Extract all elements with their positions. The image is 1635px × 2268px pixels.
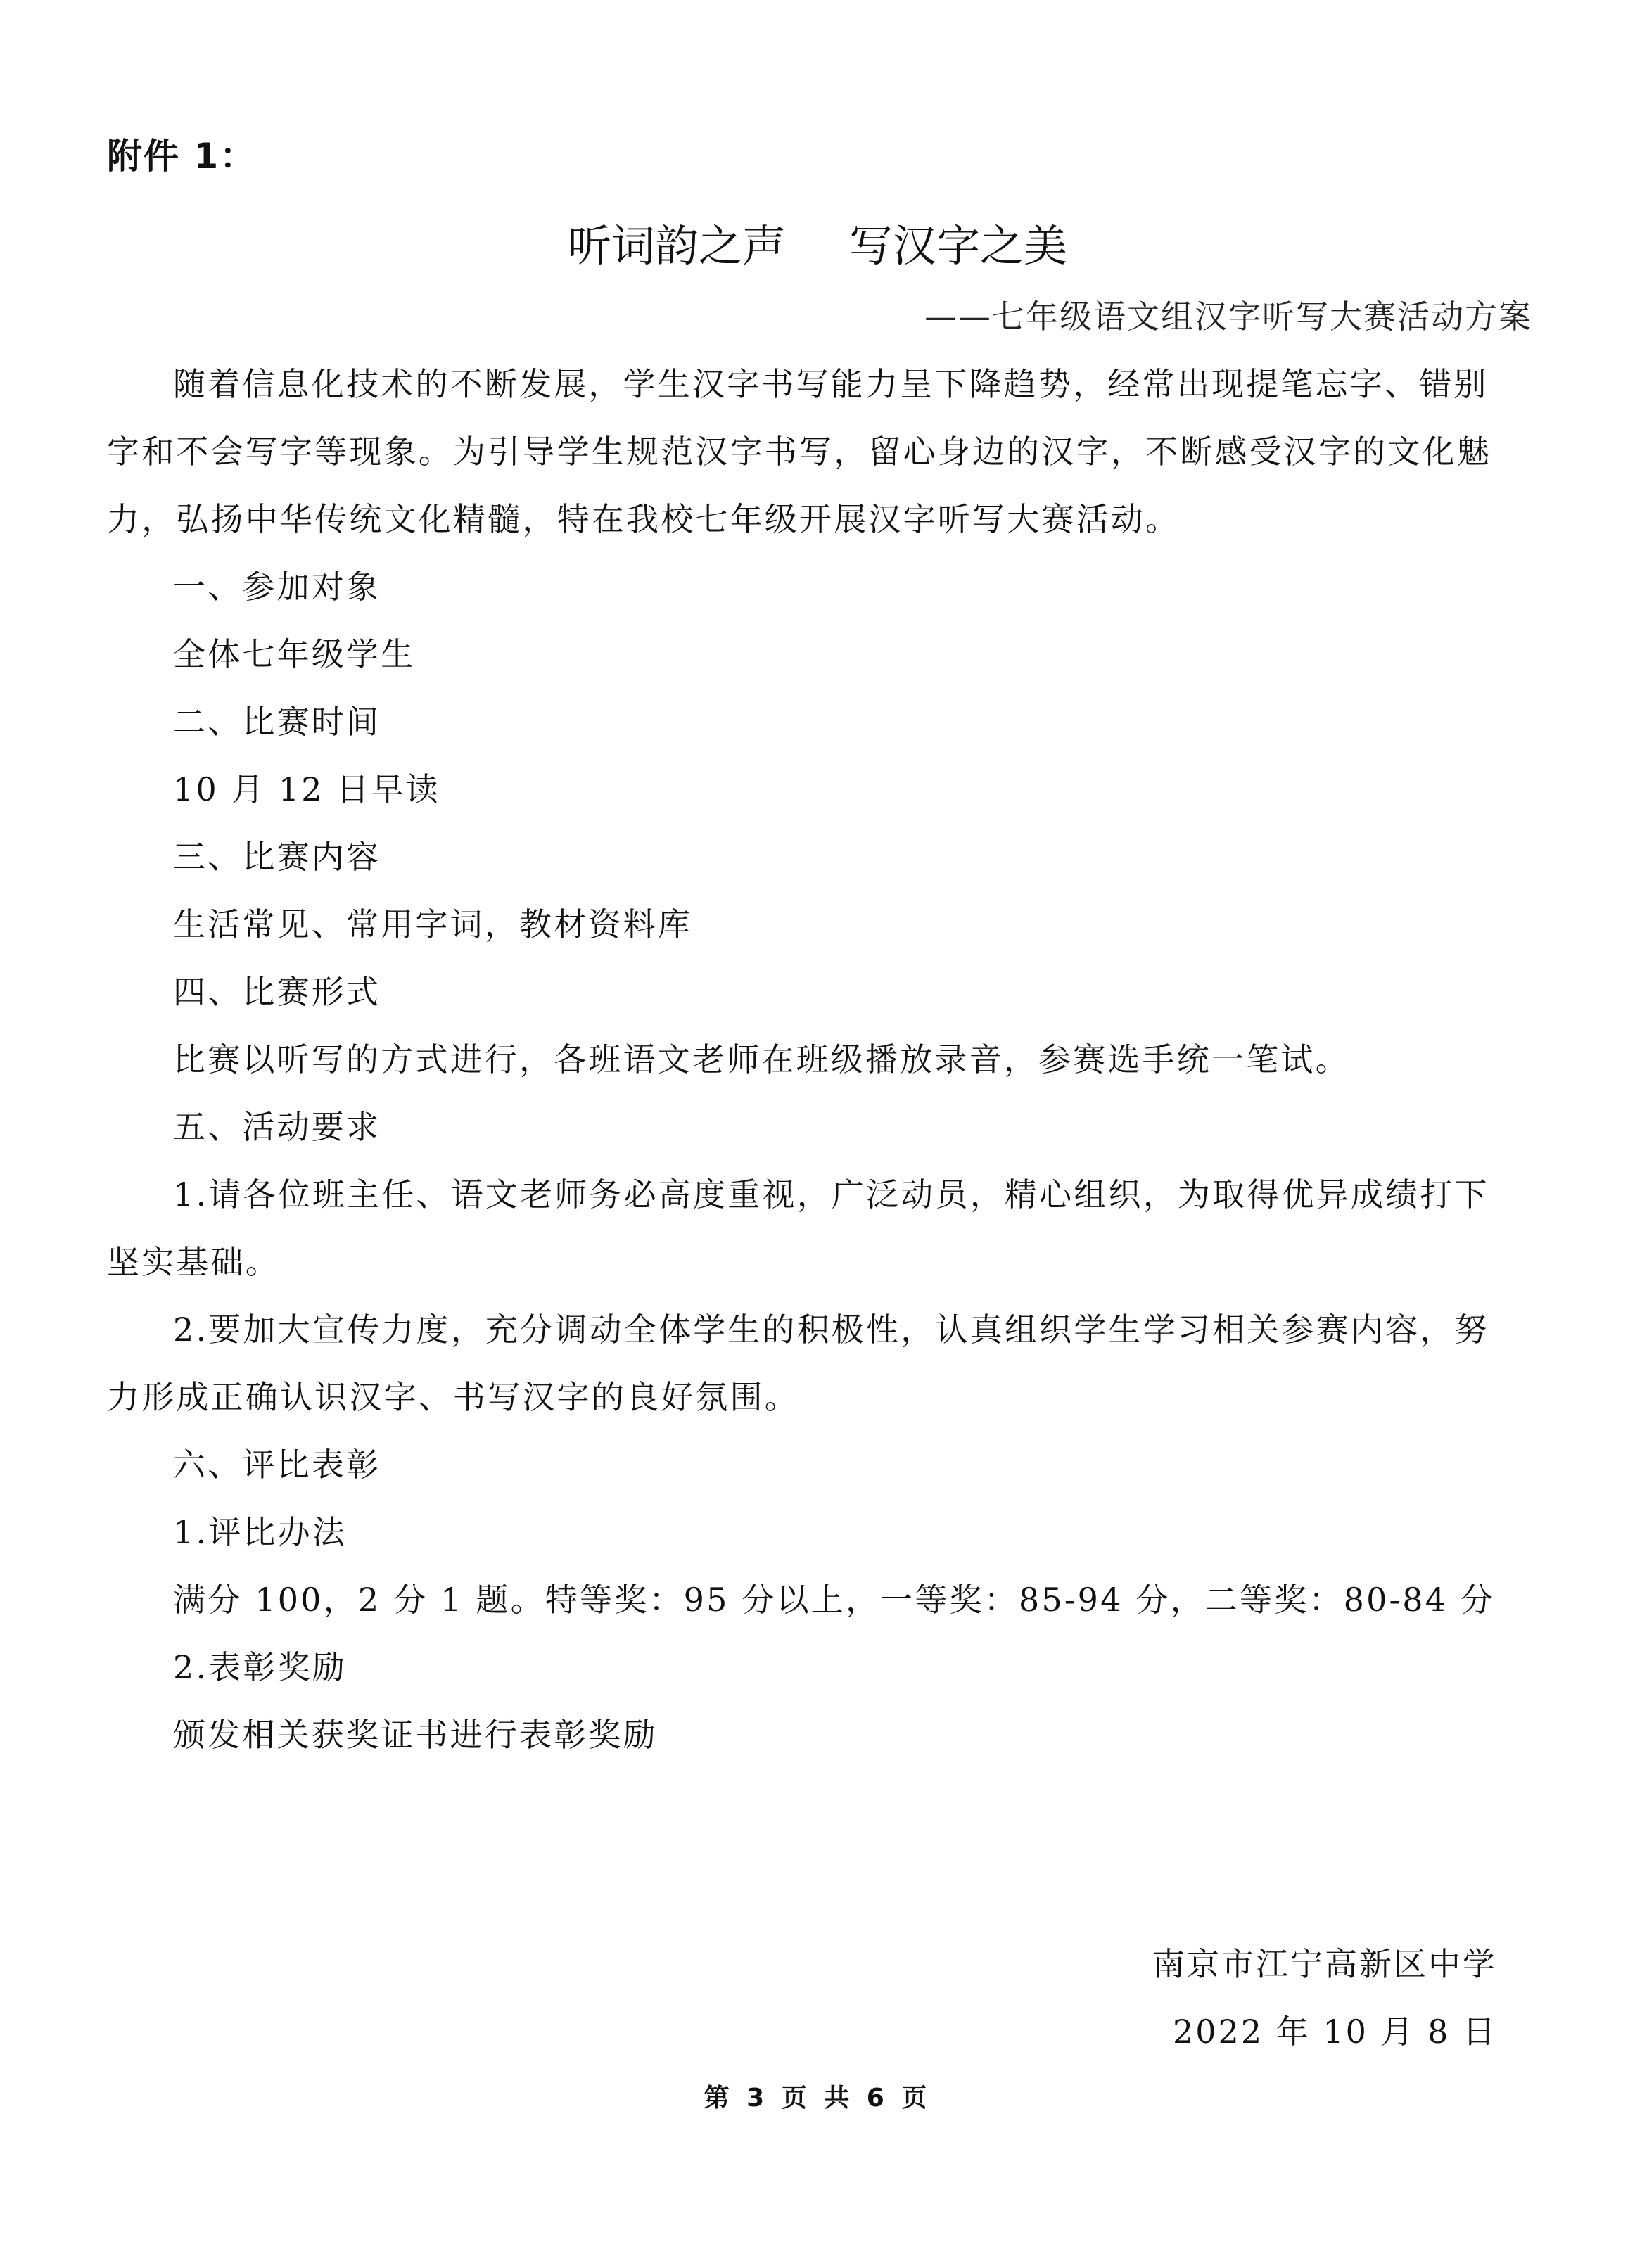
section-body-content: 生活常见、常用字词，教材资料库 [173,899,692,945]
document-subtitle: ——七年级语文组汉字听写大赛活动方案 [924,291,1532,338]
awards-method-body: 满分 100，2 分 1 题。特等奖：95 分以上，一等奖：85-94 分，二等… [173,1574,1495,1621]
section-heading-content: 三、比赛内容 [173,832,381,878]
title-part-2: 写汉字之美 [849,220,1067,272]
page-indicator: 第 3 页 共 6 页 [0,2078,1635,2114]
requirement-2-line-2: 力形成正确认识汉字、书写汉字的良好氛围。 [107,1372,799,1418]
signature-organization: 南京市江宁高新区中学 [1152,1939,1497,1985]
section-heading-time: 二、比赛时间 [173,696,381,743]
awards-reward-body: 颁发相关获奖证书进行表彰奖励 [173,1709,658,1756]
section-heading-requirements: 五、活动要求 [173,1102,381,1148]
requirement-1-line-1: 1.请各位班主任、语文老师务必高度重视，广泛动员，精心组织，为取得优异成绩打下 [173,1169,1489,1216]
title-part-1: 听词韵之声 [568,220,786,272]
awards-method-title: 1.评比办法 [173,1507,347,1553]
intro-line-3: 力，弘扬中华传统文化精髓，特在我校七年级开展汉字听写大赛活动。 [107,494,1180,540]
document-page: 附件 1： 听词韵之声写汉字之美 ——七年级语文组汉字听写大赛活动方案 随着信息… [0,0,1635,2268]
section-body-format: 比赛以听写的方式进行，各班语文老师在班级播放录音，参赛选手统一笔试。 [173,1034,1350,1081]
section-heading-participants: 一、参加对象 [173,561,381,608]
document-title: 听词韵之声写汉字之美 [0,211,1635,274]
intro-line-1: 随着信息化技术的不断发展，学生汉字书写能力呈下降趋势，经常出现提笔忘字、错别 [173,359,1489,405]
requirement-1-line-2: 坚实基础。 [107,1237,280,1283]
section-body-participants: 全体七年级学生 [173,629,415,675]
section-body-time: 10 月 12 日早读 [173,764,440,810]
attachment-label: 附件 1： [107,128,256,179]
awards-reward-title: 2.表彰奖励 [173,1642,347,1688]
section-heading-format: 四、比赛形式 [173,967,381,1013]
section-heading-awards: 六、评比表彰 [173,1439,381,1486]
signature-date: 2022 年 10 月 8 日 [1173,2006,1497,2053]
requirement-2-line-1: 2.要加大宣传力度，充分调动全体学生的积极性，认真组织学生学习相关参赛内容，努 [173,1304,1489,1351]
intro-line-2: 字和不会写字等现象。为引导学生规范汉字书写，留心身边的汉字，不断感受汉字的文化魅 [107,426,1491,473]
